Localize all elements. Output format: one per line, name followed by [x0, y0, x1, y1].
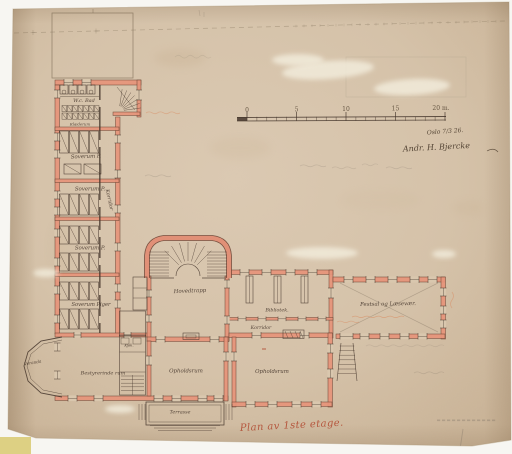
- wall-segment: [229, 333, 332, 338]
- scale-tick-20: 20 m.: [432, 105, 449, 112]
- door-opening: [99, 316, 102, 323]
- label-soverum-2: Soverum P.: [75, 187, 106, 193]
- faint-stamp-text: [462, 420, 465, 422]
- wall-segment: [55, 273, 119, 277]
- faint-stamp-text: [447, 420, 450, 422]
- whiteout-patch: [105, 405, 135, 413]
- stain: [210, 137, 270, 159]
- scale-tick-0: 0: [245, 107, 249, 114]
- label-soverum-1: Soverum P.: [71, 153, 102, 160]
- door-opening: [99, 200, 102, 207]
- label-terrasse: Terrasse: [170, 410, 191, 416]
- label-kjokken: Kjøk.: [123, 344, 133, 348]
- whiteout-patch: [432, 250, 456, 258]
- scale-tick-15: 15: [392, 106, 400, 113]
- wall-segment: [147, 341, 151, 396]
- wall-segment: [329, 270, 333, 338]
- paper-grain: [0, 0, 512, 454]
- stain: [452, 201, 484, 215]
- faint-stamp-text: [477, 420, 480, 422]
- scale-tick-5: 5: [295, 107, 299, 114]
- faint-stamp-text: [467, 420, 470, 422]
- label-wc-bad: W.c. Bad: [73, 98, 95, 104]
- label-hovedtrapp: Hovedtrapp: [173, 288, 207, 295]
- label-klaederum: Klæderum: [69, 122, 91, 127]
- faint-stamp-text: [442, 420, 445, 422]
- scanned-floor-plan-drawing: W.c. Bad Klæderum Soverum P. Soverum P. …: [0, 0, 512, 454]
- whiteout-patch: [272, 54, 324, 66]
- scale-tick-10: 10: [342, 106, 350, 113]
- wall-segment: [147, 276, 151, 341]
- label-bibliotek: Bibliotek.: [264, 308, 289, 314]
- wall-segment: [55, 217, 119, 221]
- faint-stamp-text: [457, 420, 460, 422]
- wall-segment: [232, 337, 236, 407]
- label-opholdsrum-2: Opholdsrum: [255, 369, 289, 375]
- whiteout-patch: [33, 269, 59, 277]
- door-opening: [99, 258, 102, 265]
- label-opholdsrum-1: Opholdsrum: [169, 369, 203, 375]
- door-opening: [99, 230, 102, 237]
- wall-segment: [55, 179, 119, 183]
- label-soverum-3: Soverum P.: [75, 246, 106, 252]
- faint-stamp-text: [452, 420, 455, 422]
- label-soverum-piger: Soverum Piger: [71, 302, 111, 308]
- drawing-canvas: W.c. Bad Klæderum Soverum P. Soverum P. …: [0, 0, 512, 454]
- label-korridor-main: Korridor: [250, 325, 272, 331]
- label-festsal: Festsal og Læsevær.: [359, 301, 416, 308]
- partition-wall: [99, 85, 101, 333]
- door-opening: [99, 288, 102, 295]
- door-opening: [99, 140, 102, 147]
- wall-segment: [113, 112, 140, 116]
- faint-stamp-text: [437, 420, 440, 422]
- stain: [340, 190, 420, 210]
- label-bestyrerinde: Bestyrerinde rum: [80, 371, 126, 377]
- wall-segment: [224, 337, 228, 401]
- faint-stamp-text: [472, 420, 475, 422]
- color-swatch: [0, 437, 31, 454]
- whiteout-patch: [286, 247, 358, 259]
- wall-segment: [55, 127, 119, 131]
- scale-bar-zero-block: [237, 117, 247, 121]
